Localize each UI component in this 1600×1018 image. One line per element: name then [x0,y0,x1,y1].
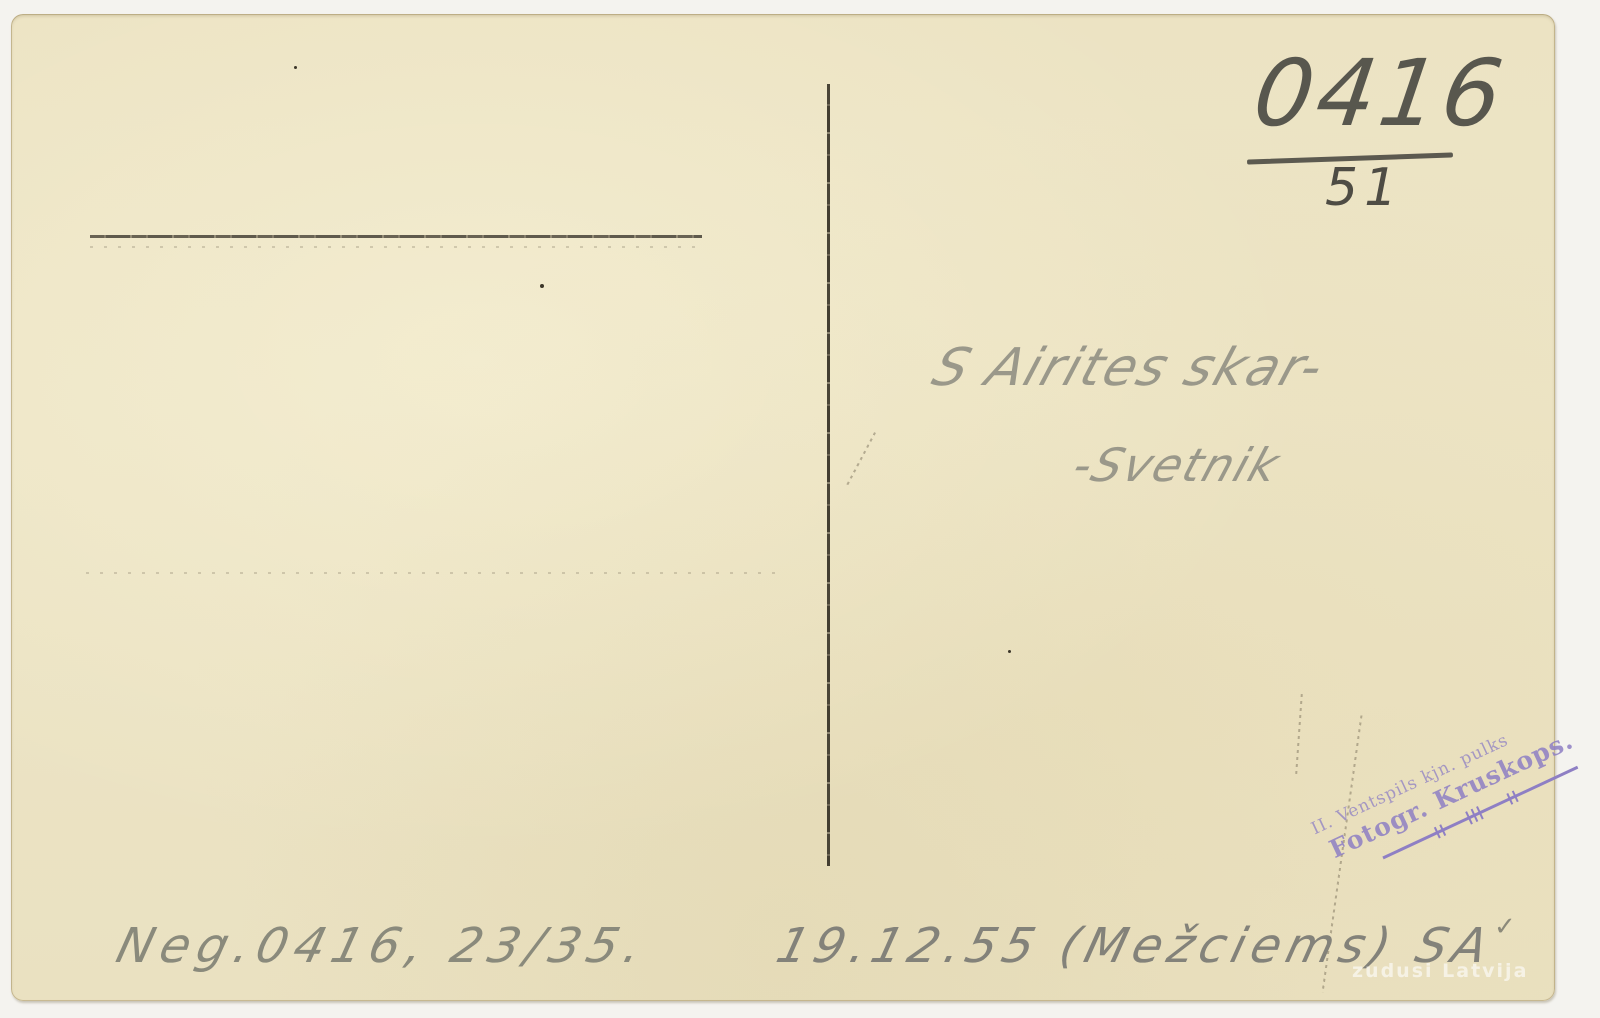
pencil-note-line2: -Svetnik [1066,438,1287,492]
check-mark-icon: ✓ [1494,912,1516,942]
negative-reference: Neg.0416, 23/35. [111,918,654,974]
archive-number: 0416 [1247,40,1512,147]
paper-speck [540,284,544,288]
paper-speck [1008,650,1011,653]
paper-crease [846,432,876,486]
scanned-postcard: 0416 51 S Airites skar- -Svetnik II. Ven… [0,0,1600,1018]
pencil-note-line1: S Airites skar- [925,338,1332,398]
photographer-stamp: II. Ventspils kjn. pulks Fotogr. Kruskop… [1232,700,1532,910]
center-divider-line [827,84,830,866]
address-line-faint [90,246,702,248]
paper-speck [294,66,297,69]
watermark: zudusi Latvija [1352,960,1528,982]
address-line-faint [86,572,786,574]
archive-sub-number: 51 [1325,158,1403,218]
address-line [90,235,702,238]
